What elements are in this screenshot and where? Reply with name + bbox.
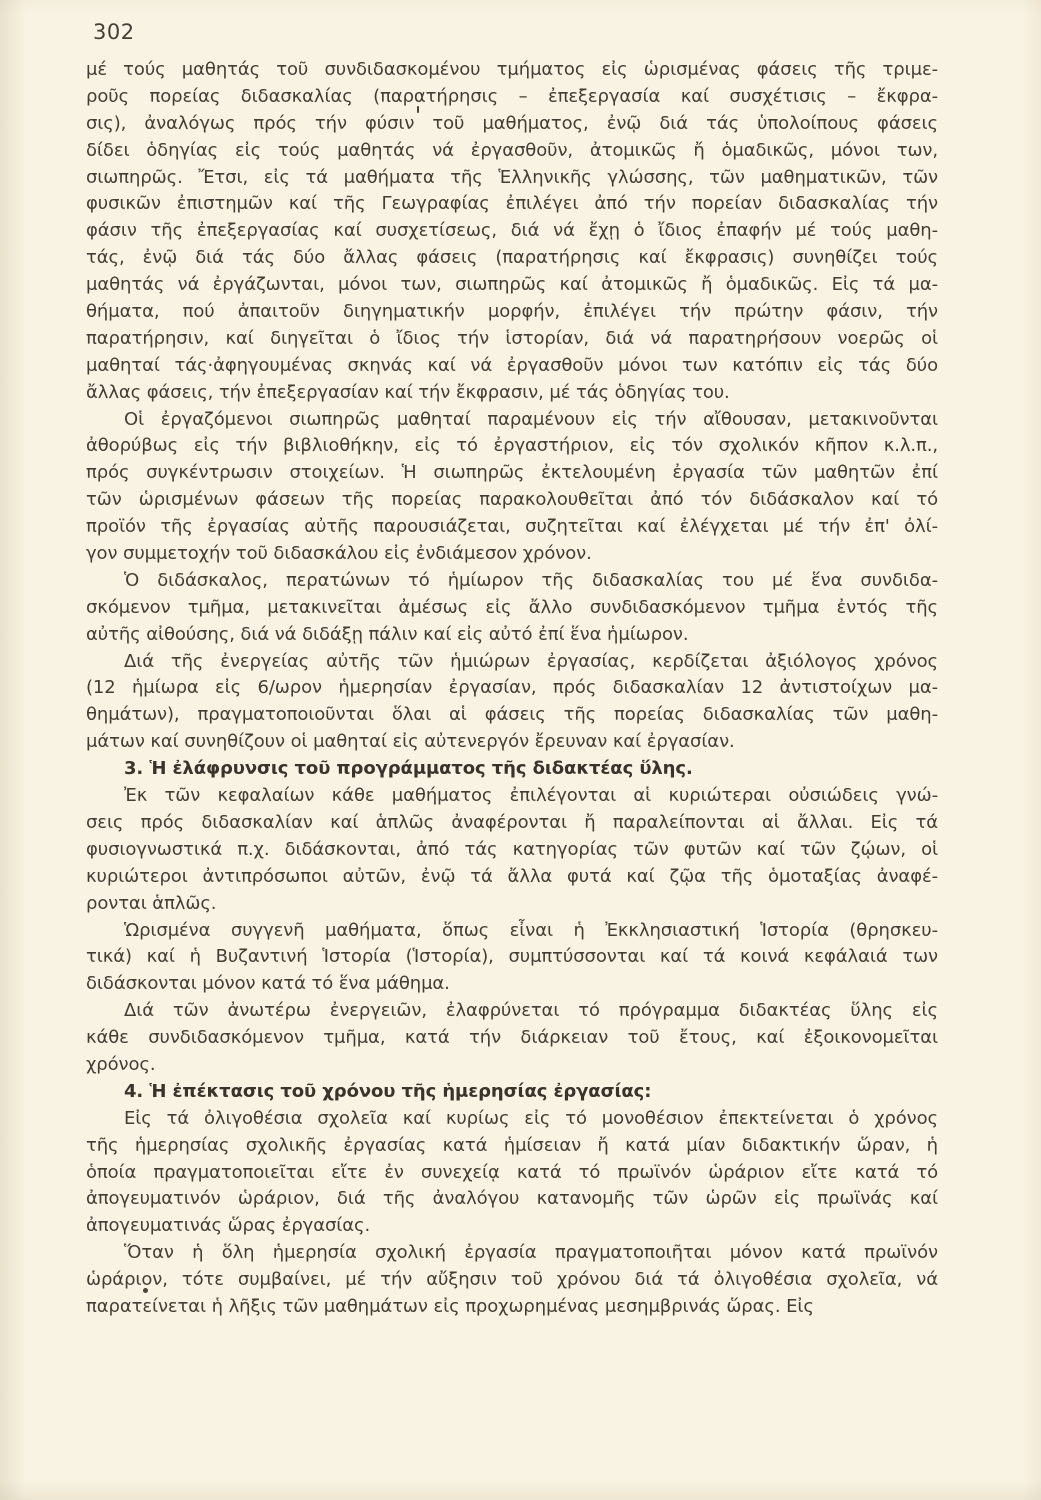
text-line: προϊόν τῆς ἐργασίας αὐτῆς παρουσιάζεται,…	[86, 514, 938, 541]
text-line: Ὡρισμένα συγγενῆ μαθήματα, ὅπως εἶναι ἡ …	[86, 918, 938, 945]
text-block: μέ τούς μαθητάς τοῦ συνδιδασκομένου τμήμ…	[86, 57, 938, 1321]
text-line: ἀπογευματινάς ὥρας ἐργασίας.	[86, 1213, 938, 1240]
paragraph: Ὅταν ἡ ὅλη ἡμερησία σχολική ἐργασία πραγ…	[86, 1240, 938, 1321]
paragraph: Εἰς τά ὀλιγοθέσια σχολεῖα καί κυρίως εἰς…	[86, 1106, 938, 1240]
text-line: φάσιν τῆς ἐπεξεργασίας καί συσχετίσεως, …	[86, 218, 938, 245]
text-line: σεις πρός διδασκαλίαν καί ἁπλῶς ἀναφέρον…	[86, 810, 938, 837]
text-line: ὡράριον, τότε συμβαίνει, μέ τήν αὔξησιν …	[86, 1267, 938, 1294]
text-line: τικά) καί ἡ Βυζαντινή Ἱστορία (Ἱστορία),…	[86, 944, 938, 971]
text-line: τάς, ἐνῷ διά τάς δύο ἄλλας φάσεις (παρατ…	[86, 245, 938, 272]
text-line: Εἰς τά ὀλιγοθέσια σχολεῖα καί κυρίως εἰς…	[86, 1106, 938, 1133]
text-line: ροῦς πορείας διδασκαλίας (παρατήρησις – …	[86, 84, 938, 111]
text-line: Διά τῶν ἀνωτέρω ἐνεργειῶν, ἐλαφρύνεται τ…	[86, 998, 938, 1025]
page-number: 302	[93, 20, 135, 44]
paragraph: μέ τούς μαθητάς τοῦ συνδιδασκομένου τμήμ…	[86, 57, 938, 407]
text-line: γον συμμετοχήν τοῦ διδασκάλου εἰς ἐνδιάμ…	[86, 541, 938, 568]
section-heading: 3. Ἡ ἐλάφρυνσις τοῦ προγράμματος τῆς διδ…	[86, 756, 938, 783]
text-line: ἀπογευματινόν ὡράριον, διά τῆς ἀναλόγου …	[86, 1186, 938, 1213]
paragraph: Διά τῆς ἐνεργείας αὐτῆς τῶν ἡμιώρων ἐργα…	[86, 649, 938, 757]
text-line: σις), ἀναλόγως πρός τήν φύσιν τοῦ μαθήμα…	[86, 111, 938, 138]
paragraph: Ὡρισμένα συγγενῆ μαθήματα, ὅπως εἶναι ἡ …	[86, 918, 938, 999]
text-line: δίδει ὁδηγίας εἰς τούς μαθητάς νά ἐργασθ…	[86, 138, 938, 165]
text-line: διδάσκονται μόνον κατά τό ἕνα μάθημα.	[86, 971, 938, 998]
text-line: τῆς ἡμερησίας σχολικῆς ἐργασίας κατά ἡμί…	[86, 1133, 938, 1160]
text-line: ἀθορύβως εἰς τήν βιβλιοθήκην, εἰς τό ἐργ…	[86, 433, 938, 460]
text-line: Οἱ ἐργαζόμενοι σιωπηρῶς μαθηταί παραμένο…	[86, 407, 938, 434]
text-line: φυσικῶν ἐπιστημῶν καί τῆς Γεωγραφίας ἐπι…	[86, 191, 938, 218]
text-line: Ὁ διδάσκαλος, περατώνων τό ἡμίωρον τῆς δ…	[86, 568, 938, 595]
scanned-book-page: 302 μέ τούς μαθητάς τοῦ συνδιδασκομένου …	[0, 0, 1041, 1500]
text-line: ὁποία πραγματοποιεῖται εἴτε ἐν συνεχείᾳ …	[86, 1160, 938, 1187]
text-line: Ἐκ τῶν κεφαλαίων κάθε μαθήματος ἐπιλέγον…	[86, 783, 938, 810]
heading-line: 4. Ἡ ἐπέκτασις τοῦ χρόνου τῆς ἡμερησίας …	[86, 1079, 938, 1106]
text-line: μαθηταί τάς·ἀφηγουμένας σκηνάς καί νά ἐρ…	[86, 353, 938, 380]
text-line: θημάτων), πραγματοποιοῦνται ὅλαι αἱ φάσε…	[86, 702, 938, 729]
paragraph: Διά τῶν ἀνωτέρω ἐνεργειῶν, ἐλαφρύνεται τ…	[86, 998, 938, 1079]
text-line: Διά τῆς ἐνεργείας αὐτῆς τῶν ἡμιώρων ἐργα…	[86, 649, 938, 676]
paragraph: Ὁ διδάσκαλος, περατώνων τό ἡμίωρον τῆς δ…	[86, 568, 938, 649]
text-line: πρός συγκέντρωσιν στοιχείων. Ἡ σιωπηρῶς …	[86, 460, 938, 487]
paragraph: Ἐκ τῶν κεφαλαίων κάθε μαθήματος ἐπιλέγον…	[86, 783, 938, 917]
text-line: παρατήρησιν, καί διηγεῖται ὁ ἴδιος τήν ἱ…	[86, 326, 938, 353]
text-line: ἄλλας φάσεις, τήν ἐπεξεργασίαν καί τήν ἔ…	[86, 380, 938, 407]
ink-spot	[417, 106, 419, 113]
text-line: μάτων καί συνηθίζουν οἱ μαθηταί εἰς αὐτε…	[86, 729, 938, 756]
section-heading: 4. Ἡ ἐπέκτασις τοῦ χρόνου τῆς ἡμερησίας …	[86, 1079, 938, 1106]
text-line: αὐτῆς αἰθούσης, διά νά διδάξῃ πάλιν καί …	[86, 622, 938, 649]
text-line: μέ τούς μαθητάς τοῦ συνδιδασκομένου τμήμ…	[86, 57, 938, 84]
text-line: κυριώτεροι ἀντιπρόσωποι αὐτῶν, ἐνῷ τά ἄλ…	[86, 864, 938, 891]
heading-line: 3. Ἡ ἐλάφρυνσις τοῦ προγράμματος τῆς διδ…	[86, 756, 938, 783]
text-line: σκόμενον τμῆμα, μετακινεῖται ἀμέσως εἰς …	[86, 595, 938, 622]
text-line: φυσιογνωστικά π.χ. διδάσκονται, ἀπό τάς …	[86, 837, 938, 864]
text-line: σιωπηρῶς. Ἔτσι, εἰς τά μαθήματα τῆς Ἑλλη…	[86, 165, 938, 192]
text-line: τῶν ὡρισμένων φάσεων τῆς πορείας παρακολ…	[86, 487, 938, 514]
text-line: χρόνος.	[86, 1052, 938, 1079]
text-line: (12 ἡμίωρα εἰς 6/ωρον ἡμερησίαν ἐργασίαν…	[86, 675, 938, 702]
text-line: Ὅταν ἡ ὅλη ἡμερησία σχολική ἐργασία πραγ…	[86, 1240, 938, 1267]
text-line: μαθητάς νά ἐργάζωνται, μόνοι των, σιωπηρ…	[86, 272, 938, 299]
text-line: παρατείνεται ἡ λῆξις τῶν μαθημάτων εἰς π…	[86, 1294, 938, 1321]
paragraph: Οἱ ἐργαζόμενοι σιωπηρῶς μαθηταί παραμένο…	[86, 407, 938, 568]
text-line: ρονται ἁπλῶς.	[86, 891, 938, 918]
text-line: κάθε συνδιδασκόμενον τμῆμα, κατά τήν διά…	[86, 1025, 938, 1052]
text-line: θήματα, πού ἀπαιτοῦν διηγηματικήν μορφήν…	[86, 299, 938, 326]
ink-spot	[143, 1288, 148, 1293]
